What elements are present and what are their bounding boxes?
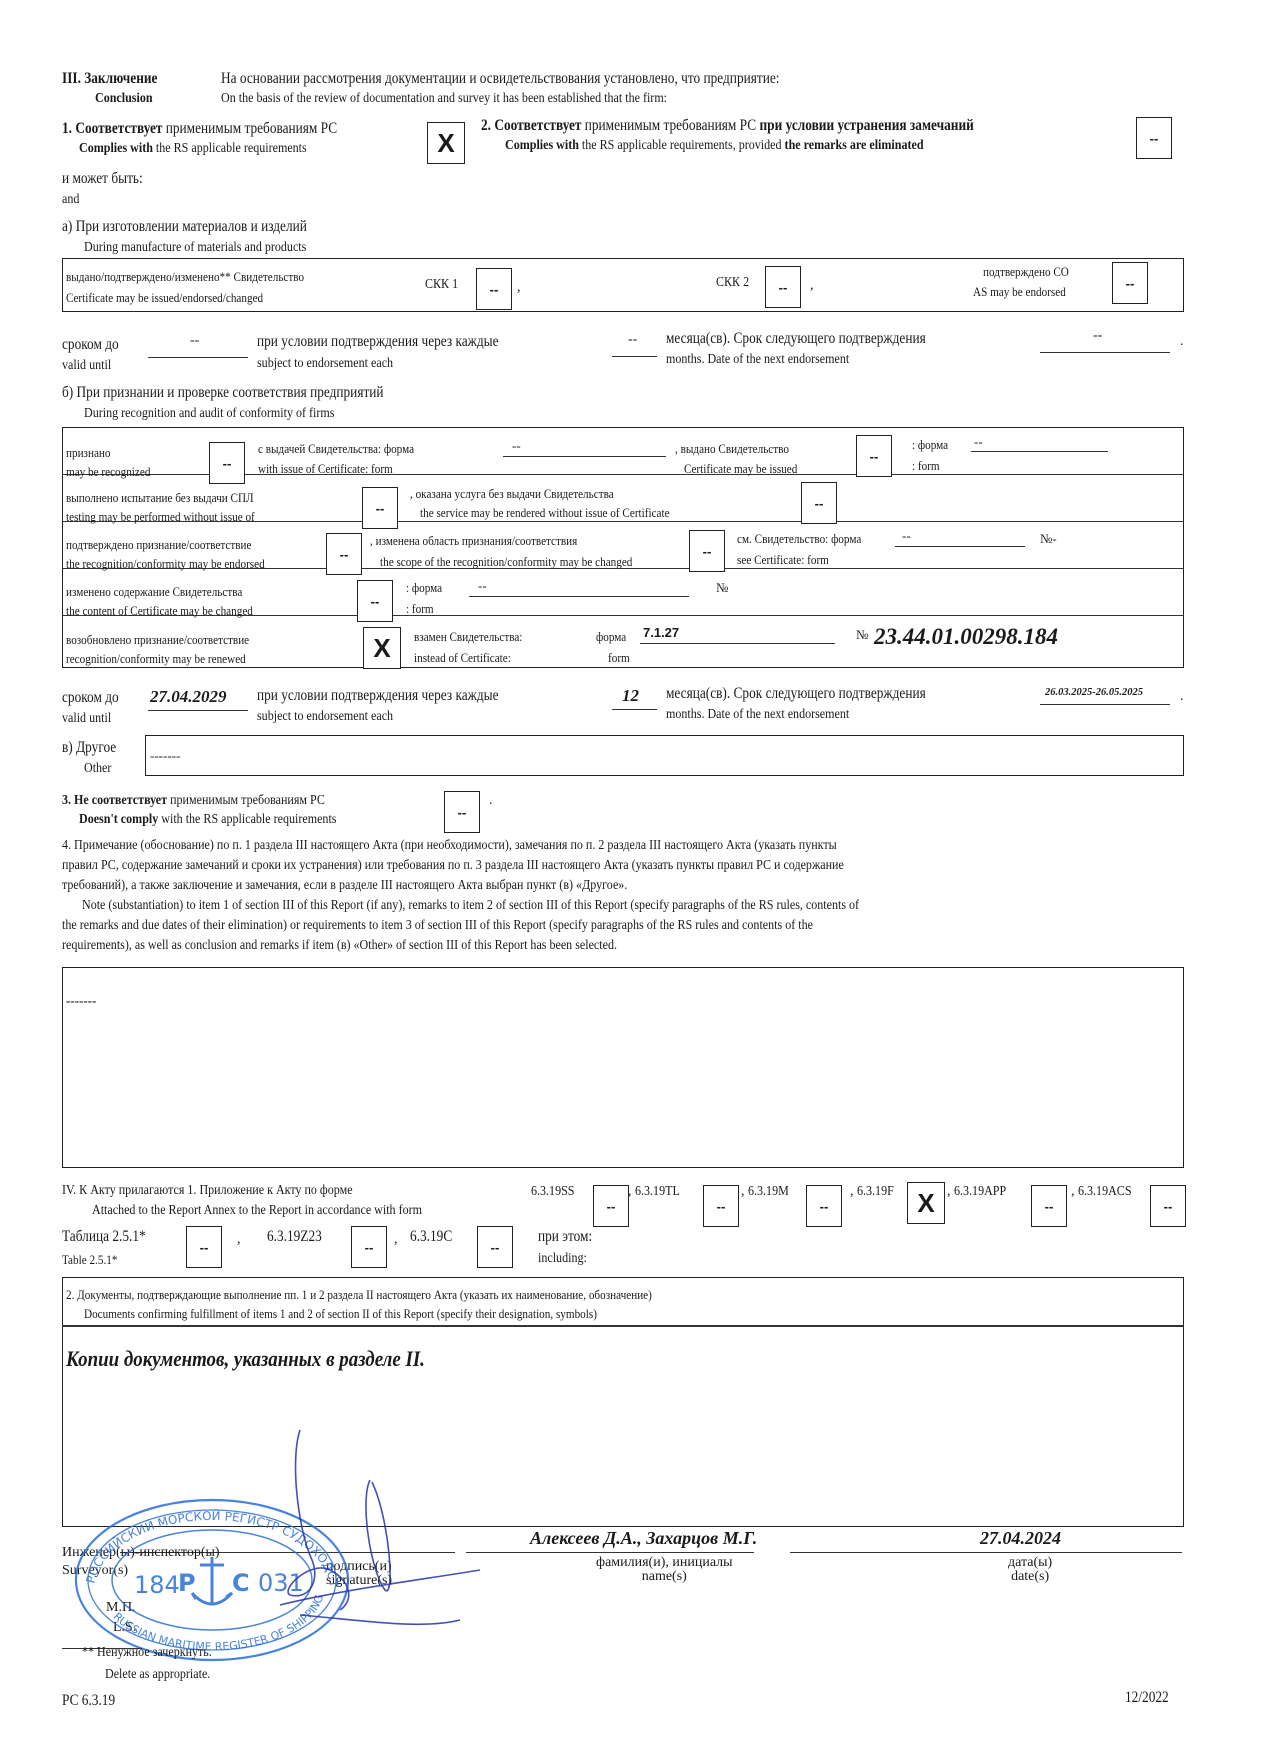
recognized-checkbox[interactable]: -- bbox=[209, 442, 245, 484]
attached-title-en: Attached to the Report Annex to the Repo… bbox=[92, 1203, 476, 1219]
scope-en: the scope of the recognition/conformity … bbox=[380, 554, 673, 570]
form2-underline bbox=[971, 451, 1108, 452]
instead-no-label: № bbox=[856, 627, 868, 643]
annex-form-label: , 6.3.19ACS bbox=[1071, 1184, 1140, 1200]
item3-en: Doesn't comply with the RS applicable re… bbox=[79, 812, 378, 828]
row-recognized-label-en: may be recognized bbox=[66, 464, 164, 480]
subject-b-en: subject to endorsement each bbox=[257, 709, 415, 725]
instead-ru: взамен Свидетельства: bbox=[414, 629, 540, 645]
comma: , bbox=[394, 1232, 398, 1248]
months-a-underline bbox=[612, 356, 657, 357]
subject-b-ru: при условии подтверждения через каждые bbox=[257, 687, 538, 705]
annex-form-label: , 6.3.19TL bbox=[628, 1184, 687, 1200]
form2-en: : form bbox=[912, 458, 944, 474]
section-a-title-ru: а) При изготовлении материалов и изделий bbox=[62, 218, 347, 236]
months-a-en: months. Date of the next endorsement bbox=[666, 352, 879, 368]
row-recognized-label-ru: признано bbox=[66, 445, 118, 461]
valid-a-ru: сроком до bbox=[62, 336, 128, 354]
skk2-label: СКК 2 bbox=[716, 275, 755, 291]
next-a-underline bbox=[1040, 352, 1170, 353]
item4-en-line1: Note (substantiation) to item 1 of secti… bbox=[82, 898, 986, 914]
notes-value[interactable]: ------- bbox=[66, 993, 96, 1009]
table-label-en: Table 2.5.1* bbox=[62, 1252, 126, 1268]
date-label: дата(ы)date(s) bbox=[1008, 1556, 1052, 1584]
subject-a-en: subject to endorsement each bbox=[257, 356, 415, 372]
annex-form-checkbox[interactable]: -- bbox=[703, 1185, 739, 1227]
cert-issued-checkbox[interactable]: -- bbox=[856, 435, 892, 477]
next-endorsement-value[interactable]: 26.03.2025-26.05.2025 bbox=[1045, 687, 1143, 698]
service-ru: , оказана услуга без выдачи Свидетельств… bbox=[410, 486, 647, 502]
report-date[interactable]: 27.04.2024 bbox=[980, 1528, 1061, 1549]
content-form-underline bbox=[469, 596, 689, 597]
annex-form-label: , 6.3.19APP bbox=[947, 1184, 1015, 1200]
footnote-en: Delete as appropriate. bbox=[105, 1667, 227, 1683]
item2-checkbox[interactable]: -- bbox=[1136, 117, 1172, 159]
valid-a-value[interactable]: -- bbox=[190, 333, 199, 349]
skk1-checkbox[interactable]: -- bbox=[476, 268, 512, 310]
co-checkbox[interactable]: -- bbox=[1112, 262, 1148, 304]
row-renewed-label-en: recognition/conformity may be renewed bbox=[66, 651, 275, 667]
section-title-en: Conclusion bbox=[95, 91, 162, 107]
valid-until-value[interactable]: 27.04.2029 bbox=[150, 687, 227, 707]
table-label-ru: Таблица 2.5.1* bbox=[62, 1228, 159, 1246]
instead-en: instead of Certificate: bbox=[414, 650, 527, 666]
see-form-underline bbox=[895, 546, 1025, 547]
scope-ru: , изменена область признания/соответстви… bbox=[370, 533, 611, 549]
attached-title-ru: IV. К Акту прилагаются 1. Приложение к А… bbox=[62, 1183, 400, 1199]
comma: , bbox=[237, 1232, 241, 1248]
certificate-number[interactable]: 23.44.01.00298.184 bbox=[874, 624, 1058, 650]
docs-label-ru: 2. Документы, подтверждающие выполнение … bbox=[66, 1287, 747, 1303]
months-a-ru: месяца(св). Срок следующего подтверждени… bbox=[666, 330, 968, 348]
content-checkbox[interactable]: -- bbox=[357, 580, 393, 622]
intro-en: On the basis of the review of documentat… bbox=[221, 91, 740, 107]
form-edition: 12/2022 bbox=[1125, 1689, 1176, 1707]
section-a-title-en: During manufacture of materials and prod… bbox=[84, 240, 343, 256]
item3-checkbox[interactable]: -- bbox=[444, 791, 480, 833]
content-no-label: № bbox=[716, 580, 728, 596]
row-content-label-ru: изменено содержание Свидетельства bbox=[66, 584, 271, 600]
months-b-ru: месяца(св). Срок следующего подтверждени… bbox=[666, 685, 968, 703]
other-value[interactable]: ------- bbox=[150, 748, 180, 764]
annex-form-label: , 6.3.19M bbox=[741, 1184, 795, 1200]
section-title-ru: III. Заключение bbox=[62, 70, 173, 88]
row-testing-label-en: testing may be performed without issue o… bbox=[66, 509, 286, 525]
and-ru: и может быть: bbox=[62, 170, 156, 188]
valid-a-underline bbox=[148, 357, 248, 358]
docs-label-en: Documents confirming fulfillment of item… bbox=[84, 1306, 680, 1322]
annex-form-checkbox[interactable]: X bbox=[907, 1182, 945, 1224]
instead-form-value[interactable]: 7.1.27 bbox=[643, 625, 679, 640]
co-label-en: AS may be endorsed bbox=[973, 284, 1081, 300]
docs-value[interactable]: Копии документов, указанных в разделе II… bbox=[66, 1346, 483, 1372]
c-checkbox[interactable]: -- bbox=[477, 1226, 513, 1268]
instead-form-en: form bbox=[608, 650, 633, 666]
including-ru: при этом: bbox=[538, 1228, 601, 1246]
instead-form-ru: форма bbox=[596, 629, 631, 645]
item1-ru: 1. Соответствует применимым требованиям … bbox=[62, 120, 382, 138]
co-label-ru: подтверждено СО bbox=[983, 264, 1083, 280]
form-code: РС 6.3.19 bbox=[62, 1692, 124, 1710]
cert-issued-ru: , выдано Свидетельство bbox=[675, 441, 807, 457]
valid-b-en: valid until bbox=[62, 711, 119, 727]
section-a-label-ru: выдано/подтверждено/изменено** Свидетель… bbox=[66, 269, 343, 285]
instead-form-underline bbox=[640, 643, 835, 644]
scope-checkbox[interactable]: -- bbox=[689, 530, 725, 572]
item3-ru: 3. Не соответствует применимым требовани… bbox=[62, 793, 368, 809]
subject-a-ru: при условии подтверждения через каждые bbox=[257, 333, 538, 351]
annex-form-checkbox[interactable]: -- bbox=[806, 1185, 842, 1227]
annex-form-checkbox[interactable]: -- bbox=[1150, 1185, 1186, 1227]
z23-label: 6.3.19Z23 bbox=[267, 1228, 331, 1246]
service-en: the service may be rendered without issu… bbox=[420, 505, 710, 521]
section-a-label-en: Certificate may be issued/endorsed/chang… bbox=[66, 290, 295, 306]
row-renewed-label-ru: возобновлено признание/соответствие bbox=[66, 632, 279, 648]
names-label: фамилия(и), инициалыname(s) bbox=[596, 1556, 733, 1584]
valid-b-ru: сроком до bbox=[62, 689, 128, 707]
cert-issued-en: Certificate may be issued bbox=[684, 461, 816, 477]
service-checkbox[interactable]: -- bbox=[801, 482, 837, 524]
other-ru: в) Другое bbox=[62, 739, 125, 757]
dot: . bbox=[1180, 334, 1184, 350]
form-underline bbox=[503, 456, 666, 457]
including-en: including: bbox=[538, 1251, 595, 1267]
next-a-value[interactable]: -- bbox=[1093, 328, 1102, 344]
intro-ru: На основании рассмотрения документации и… bbox=[221, 70, 870, 88]
item4-ru-line1: 4. Примечание (обоснование) по п. 1 разд… bbox=[62, 838, 963, 854]
content-form-value[interactable]: -- bbox=[478, 578, 487, 594]
row-endorsed-label-en: the recognition/conformity may be endors… bbox=[66, 556, 297, 572]
see-cert-ru: см. Свидетельство: форма bbox=[737, 531, 882, 547]
see-cert-en: see Certificate: form bbox=[737, 552, 844, 568]
valid-b-underline bbox=[148, 710, 248, 711]
item4-en-line3: requirements), as well as conclusion and… bbox=[62, 938, 707, 954]
annex-form-label: , 6.3.19F bbox=[850, 1184, 900, 1200]
see-no-label: №- bbox=[1040, 531, 1057, 547]
issue-cert-ru: с выдачей Свидетельства: форма bbox=[258, 441, 439, 457]
form-value[interactable]: -- bbox=[512, 438, 521, 454]
other-en: Other bbox=[84, 761, 116, 777]
testing-checkbox[interactable]: -- bbox=[362, 487, 398, 529]
row-testing-label-ru: выполнено испытание без выдачи СПЛ bbox=[66, 490, 284, 506]
section-b-title-ru: б) При признании и проверке соответствия… bbox=[62, 384, 436, 402]
months-b-value[interactable]: 12 bbox=[622, 686, 639, 706]
item2-ru: 2. Соответствует применимым требованиям … bbox=[481, 117, 1054, 135]
comma: , bbox=[810, 278, 814, 294]
item4-ru-line3: требований), а также заключение и замеча… bbox=[62, 878, 719, 894]
endorsed-checkbox[interactable]: -- bbox=[326, 533, 362, 575]
surveyor-names[interactable]: Алексеев Д.А., Захарцов М.Г. bbox=[530, 1528, 757, 1549]
dot: . bbox=[489, 793, 493, 809]
content-form-ru: : форма bbox=[406, 580, 448, 596]
item4-en-line2: the remarks and due dates of their elimi… bbox=[62, 918, 935, 934]
footnote-ru: ** Ненужное зачеркнуть. bbox=[82, 1645, 233, 1661]
form2-ru: : форма bbox=[912, 437, 954, 453]
c-label: 6.3.19C bbox=[410, 1228, 459, 1246]
signature-scribble-icon bbox=[220, 1420, 480, 1630]
months-b-underline bbox=[612, 709, 657, 710]
names-underline bbox=[466, 1552, 754, 1553]
dot: . bbox=[1180, 689, 1184, 705]
notes-field[interactable] bbox=[62, 967, 1184, 1168]
annex-form-checkbox[interactable]: -- bbox=[593, 1185, 629, 1227]
renewed-checkbox[interactable]: X bbox=[363, 627, 401, 669]
next-b-underline bbox=[1040, 704, 1170, 705]
content-form-en: : form bbox=[406, 601, 438, 617]
row-content-label-en: the content of Certificate may be change… bbox=[66, 603, 283, 619]
other-field[interactable] bbox=[145, 735, 1184, 776]
item4-ru-line2: правил РС, содержание замечаний и сроки … bbox=[62, 858, 971, 874]
months-a-value[interactable]: -- bbox=[628, 332, 637, 348]
svg-text:184: 184 bbox=[134, 1571, 180, 1599]
skk1-label: СКК 1 bbox=[425, 277, 464, 293]
valid-a-en: valid until bbox=[62, 358, 119, 374]
row-endorsed-label-ru: подтверждено признание/соответствие bbox=[66, 537, 282, 553]
and-en: and bbox=[62, 192, 82, 208]
annex-form-checkbox[interactable]: -- bbox=[1031, 1185, 1067, 1227]
section-b-title-en: During recognition and audit of conformi… bbox=[84, 406, 375, 422]
comma: , bbox=[517, 280, 521, 296]
item1-checkbox[interactable]: X bbox=[427, 122, 465, 164]
item1-en: Complies with the RS applicable requirem… bbox=[79, 141, 344, 157]
skk2-checkbox[interactable]: -- bbox=[765, 266, 801, 308]
months-b-en: months. Date of the next endorsement bbox=[666, 707, 879, 723]
z23-checkbox[interactable]: -- bbox=[351, 1226, 387, 1268]
form2-value[interactable]: -- bbox=[974, 434, 983, 450]
row-divider bbox=[62, 1325, 1184, 1327]
item2-en: Complies with the RS applicable requirem… bbox=[505, 138, 992, 154]
see-form-value[interactable]: -- bbox=[902, 528, 911, 544]
table-checkbox[interactable]: -- bbox=[186, 1226, 222, 1268]
date-underline bbox=[790, 1552, 1182, 1553]
annex-form-label: 6.3.19SS bbox=[531, 1184, 582, 1200]
issue-cert-en: with issue of Certificate: form bbox=[258, 461, 415, 477]
